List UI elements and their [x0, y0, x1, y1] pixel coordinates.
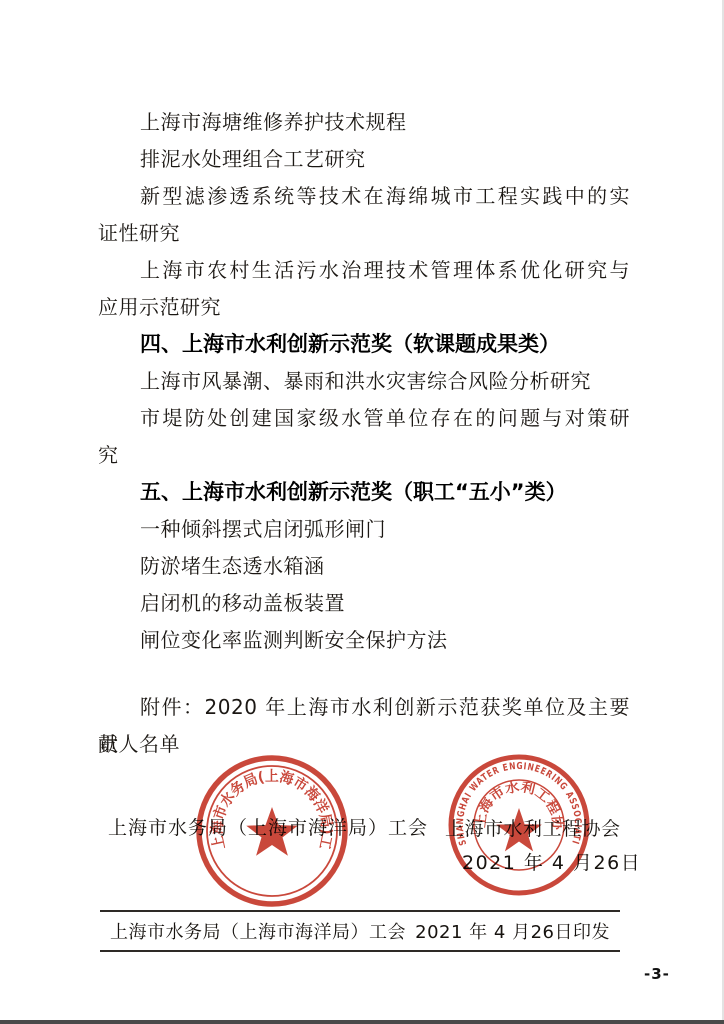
doc-line: 证性研究 [98, 215, 630, 252]
doc-line: 应用示范研究 [98, 289, 630, 326]
doc-line: 防淤堵生态透水箱涵 [98, 548, 630, 585]
doc-line: 上海市风暴潮、暴雨和洪水灾害综合风险分析研究 [98, 363, 630, 400]
doc-line: 启闭机的移动盖板装置 [98, 585, 630, 622]
blank-line [98, 659, 630, 689]
official-seal-engineering-association-icon: SHANGHAI WATER ENGINEERING ASSOCIATION 上… [446, 752, 592, 902]
scan-edge-bottom [0, 1020, 724, 1024]
doc-line: 闸位变化率监测判断安全保护方法 [98, 622, 630, 659]
official-seal-water-bureau-icon: 上海市水务局(上海市海洋局)工会 [193, 752, 351, 914]
attachment-line: 附件：2020 年上海市水利创新示范获奖单位及主要贡 [98, 689, 630, 726]
doc-line: 上海市海塘维修养护技术规程 [98, 104, 630, 141]
page-number: -3- [644, 965, 670, 983]
footer-issuer: 上海市水务局（上海市海洋局）工会 [110, 918, 406, 944]
section-heading-5: 五、上海市水利创新示范奖（职工“五小”类） [98, 474, 630, 511]
footer-issuer-block: 上海市水务局（上海市海洋局）工会 2021 年 4 月26日印发 [100, 910, 620, 952]
doc-line: 排泥水处理组合工艺研究 [98, 141, 630, 178]
section-heading-4: 四、上海市水利创新示范奖（软课题成果类） [98, 326, 630, 363]
doc-line: 究 [98, 437, 630, 474]
seal-star-icon [246, 807, 297, 856]
doc-line: 新型滤渗透系统等技术在海绵城市工程实践中的实 [98, 178, 630, 215]
seal-star-icon [496, 808, 542, 851]
doc-line: 上海市农村生活污水治理技术管理体系优化研究与 [98, 252, 630, 289]
doc-line: 市堤防处创建国家级水管单位存在的问题与对策研 [98, 400, 630, 437]
doc-line: 一种倾斜摆式启闭弧形闸门 [98, 511, 630, 548]
document-body: 上海市海塘维修养护技术规程 排泥水处理组合工艺研究 新型滤渗透系统等技术在海绵城… [98, 104, 630, 763]
footer-print-date: 2021 年 4 月26日印发 [415, 918, 610, 944]
